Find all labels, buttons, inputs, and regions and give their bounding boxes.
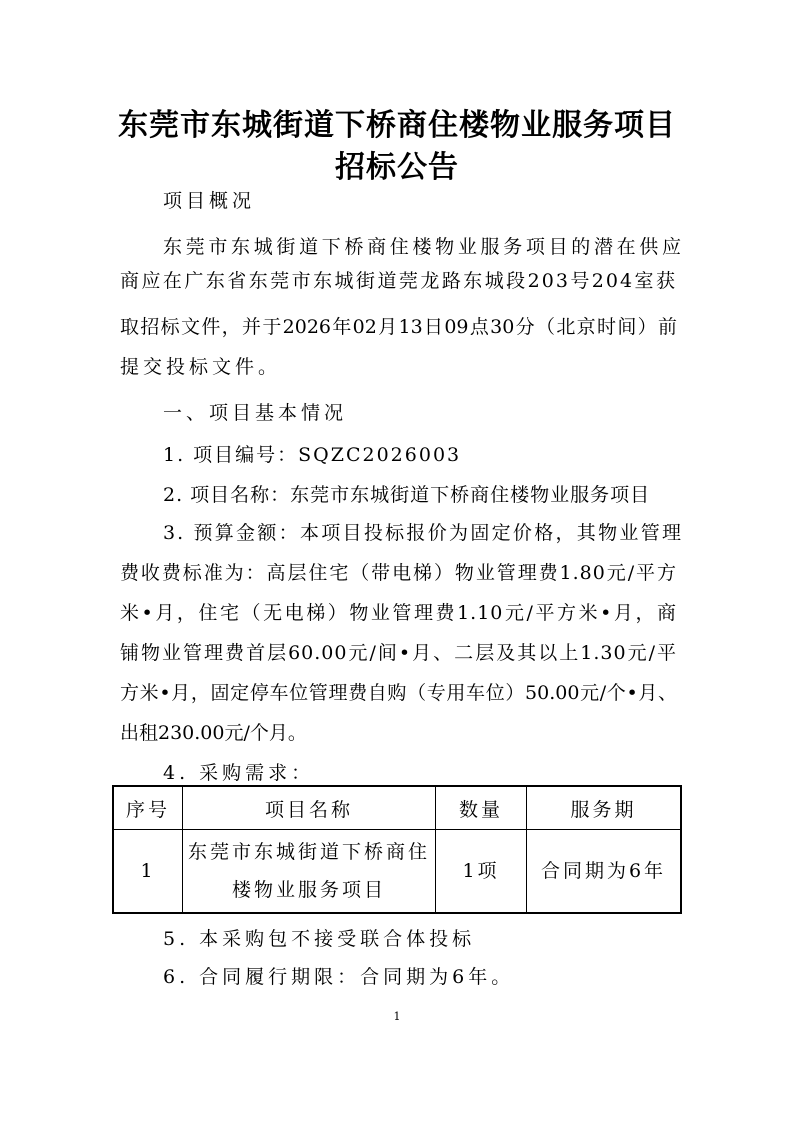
item-budget-line-6: 出租230.00元/个月。 (120, 718, 307, 745)
overview-line-2: 商应在广东省东莞市东城街道莞龙路东城段203号204室获 (120, 266, 677, 293)
document-page: 东莞市东城街道下桥商住楼物业服务项目 招标公告 项目概况 东莞市东城街道下桥商住… (0, 0, 794, 1123)
page-number: 1 (0, 1010, 794, 1023)
requirements-table: 序号 项目名称 数量 服务期 1 东莞市东城街道下桥商住 楼物业服务项目 1项 … (112, 785, 682, 914)
overview-line-4: 提交投标文件。 (120, 352, 281, 379)
item-budget-line-2: 费收费标准为：高层住宅（带电梯）物业管理费1.80元/平方 (120, 558, 677, 585)
item-budget-line-1: 3. 预算金额：本项目投标报价为固定价格，其物业管理 (163, 518, 683, 545)
header-quantity: 数量 (436, 786, 527, 830)
overview-line-3: 取招标文件，并于2026年02月13日09点30分（北京时间）前 (120, 312, 677, 339)
overview-line-1: 东莞市东城街道下桥商住楼物业服务项目的潜在供应 (163, 232, 683, 259)
title-line-1: 东莞市东城街道下桥商住楼物业服务项目 (0, 100, 794, 144)
item-consortium: 5. 本采购包不接受联合体投标 (163, 924, 475, 951)
section-1-heading: 一、项目基本情况 (163, 398, 347, 425)
item-project-name: 2. 项目名称：东莞市东城街道下桥商住楼物业服务项目 (163, 480, 650, 507)
item-budget-line-3: 米•月，住宅（无电梯）物业管理费1.10元/平方米•月，商 (120, 598, 677, 625)
cell-name: 东莞市东城街道下桥商住 楼物业服务项目 (183, 830, 436, 914)
item-budget-line-5: 方米•月，固定停车位管理费自购（专用车位）50.00元/个•月、 (120, 678, 677, 705)
cell-name-line-1: 东莞市东城街道下桥商住 (184, 833, 434, 871)
cell-quantity: 1项 (436, 830, 527, 914)
title-line-2: 招标公告 (0, 142, 794, 186)
header-index: 序号 (113, 786, 183, 830)
item-requirements: 4. 采购需求： (163, 758, 314, 785)
item-contract-term: 6. 合同履行期限：合同期为6年。 (163, 962, 514, 989)
cell-name-line-2: 楼物业服务项目 (184, 871, 434, 909)
item-project-number: 1. 项目编号：SQZC2026003 (163, 440, 461, 467)
overview-heading: 项目概况 (163, 186, 255, 213)
table-header-row: 序号 项目名称 数量 服务期 (113, 786, 681, 830)
cell-index: 1 (113, 830, 183, 914)
table-row: 1 东莞市东城街道下桥商住 楼物业服务项目 1项 合同期为6年 (113, 830, 681, 914)
header-period: 服务期 (527, 786, 682, 830)
item-budget-line-4: 铺物业管理费首层60.00元/间•月、二层及其以上1.30元/平 (120, 638, 677, 665)
header-name: 项目名称 (183, 786, 436, 830)
cell-period: 合同期为6年 (527, 830, 682, 914)
